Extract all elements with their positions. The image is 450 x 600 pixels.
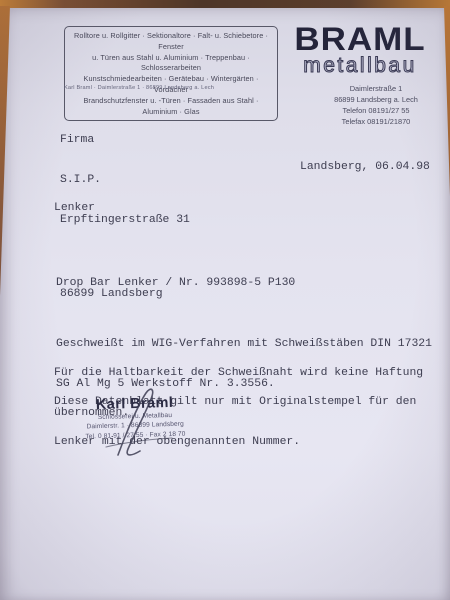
product-reference-line: Drop Bar Lenker / Nr. 993898-5 P130 [56,277,295,290]
recipient-line: Erpftingerstraße 31 [60,214,190,227]
services-line: Rolltore u. Rollgitter · Sektionaltore ·… [69,31,273,53]
sender-return-address-line: Karl Braml · Daimlerstraße 1 · 86899 Lan… [64,85,214,91]
recipient-spacer [60,254,190,261]
letterhead-address-block: Daimlerstraße 1 86899 Landsberg a. Lech … [312,84,440,128]
address-line: 86899 Landsberg a. Lech [312,95,440,106]
company-logo: BRAML metallbau [282,24,438,76]
address-line: Daimlerstraße 1 [312,84,440,95]
logo-wordmark: BRAML [282,24,438,55]
recipient-line: Firma [60,134,190,147]
date-line: Landsberg, 06.04.98 [300,161,430,174]
logo-subtitle: metallbau [282,56,438,76]
address-line: Telefon 08191/27 55 [312,106,440,117]
handwritten-signature [88,383,198,463]
subject-line: Lenker [54,202,95,215]
recipient-address: Firma S.I.P. Erpftingerstraße 31 86899 L… [60,107,190,329]
services-line: u. Türen aus Stahl u. Aluminium · Treppe… [69,53,273,75]
recipient-line: S.I.P. [60,174,190,187]
address-line: Telefax 08191/21870 [312,117,440,128]
photographed-letter: Rolltore u. Rollgitter · Sektionaltore ·… [0,0,450,600]
